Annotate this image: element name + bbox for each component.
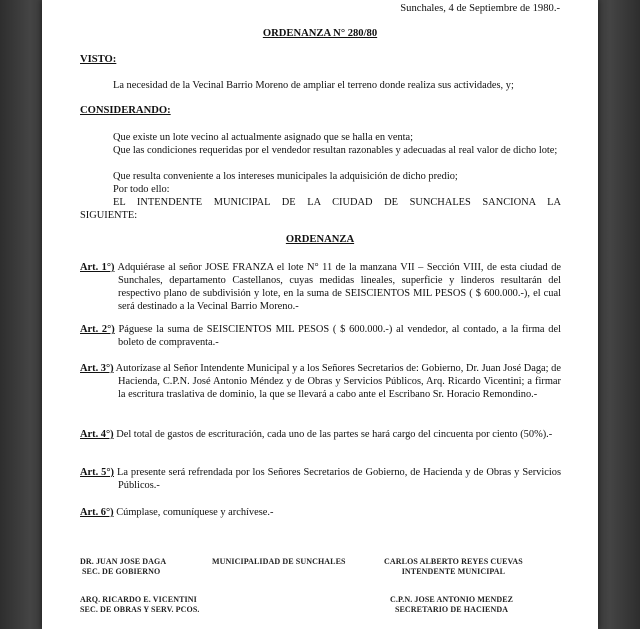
considerando-paragraph: Que resulta conveniente a los intereses … [80,170,561,183]
article-label: Art. 1°) [80,262,115,273]
signatory-role: SEC. DE OBRAS Y SERV. PCOS. [80,605,200,615]
article-text: Adquiérase al señor JOSE FRANZA el lote … [117,262,561,312]
signature-daga: DR. JUAN JOSE DAGA SEC. DE GOBIERNO [80,557,166,577]
article-3: Art. 3°) Autorízase al Señor Intendente … [80,362,561,401]
considerando-heading: CONSIDERANDO: [80,105,171,116]
article-text: Cúmplase, comuníquese y archívese.- [116,507,273,518]
article-label: Art. 3°) [80,363,114,374]
article-text: La presente será refrendada por los Seño… [117,467,561,491]
article-label: Art. 2°) [80,324,115,335]
article-2: Art. 2°) Páguese la suma de SEISCIENTOS … [80,323,561,349]
article-text: Páguese la suma de SEISCIENTOS MIL PESOS… [118,324,561,348]
signature-vicentini: ARQ. RICARDO E. VICENTINI SEC. DE OBRAS … [80,595,200,615]
document-page[interactable]: Sunchales, 4 de Septiembre de 1980.- ORD… [42,0,598,629]
article-text: Del total de gastos de escrituración, ca… [116,429,552,440]
visto-text: La necesidad de la Vecinal Barrio Moreno… [80,79,561,92]
document-viewer: Sunchales, 4 de Septiembre de 1980.- ORD… [0,0,640,629]
signatory-name: C.P.N. JOSE ANTONIO MENDEZ [390,595,513,605]
date-line: Sunchales, 4 de Septiembre de 1980.- [400,3,560,14]
municipality-seal: MUNICIPALIDAD DE SUNCHALES [212,557,346,567]
article-label: Art. 5°) [80,467,114,478]
article-label: Art. 4°) [80,429,114,440]
sanction-statement: EL INTENDENTE MUNICIPAL DE LA CIUDAD DE … [80,196,561,222]
article-1: Art. 1°) Adquiérase al señor JOSE FRANZA… [80,261,561,313]
signature-mendez: C.P.N. JOSE ANTONIO MENDEZ SECRETARIO DE… [390,595,513,615]
signatory-role: SECRETARIO DE HACIENDA [390,605,513,615]
signatory-name: CARLOS ALBERTO REYES CUEVAS [384,557,523,567]
article-label: Art. 6°) [80,507,114,518]
ordinance-title: ORDENANZA N° 280/80 [42,28,598,39]
signatory-role: SEC. DE GOBIERNO [80,567,166,577]
article-6: Art. 6°) Cúmplase, comuníquese y archíve… [80,506,561,519]
signatory-role: INTENDENTE MUNICIPAL [384,567,523,577]
signatory-name: DR. JUAN JOSE DAGA [80,557,166,567]
article-5: Art. 5°) La presente será refrendada por… [80,466,561,492]
article-4: Art. 4°) Del total de gastos de escritur… [80,428,561,441]
considerando-paragraph: Que existe un lote vecino al actualmente… [80,131,561,144]
signature-reyes: CARLOS ALBERTO REYES CUEVAS INTENDENTE M… [384,557,523,577]
considerando-paragraph: Por todo ello: [80,183,561,196]
ordenanza-heading: ORDENANZA [42,234,598,245]
visto-heading: VISTO: [80,54,116,65]
considerando-paragraph: Que las condiciones requeridas por el ve… [80,144,561,157]
article-text: Autorízase al Señor Intendente Municipal… [116,363,561,400]
signatory-name: ARQ. RICARDO E. VICENTINI [80,595,200,605]
